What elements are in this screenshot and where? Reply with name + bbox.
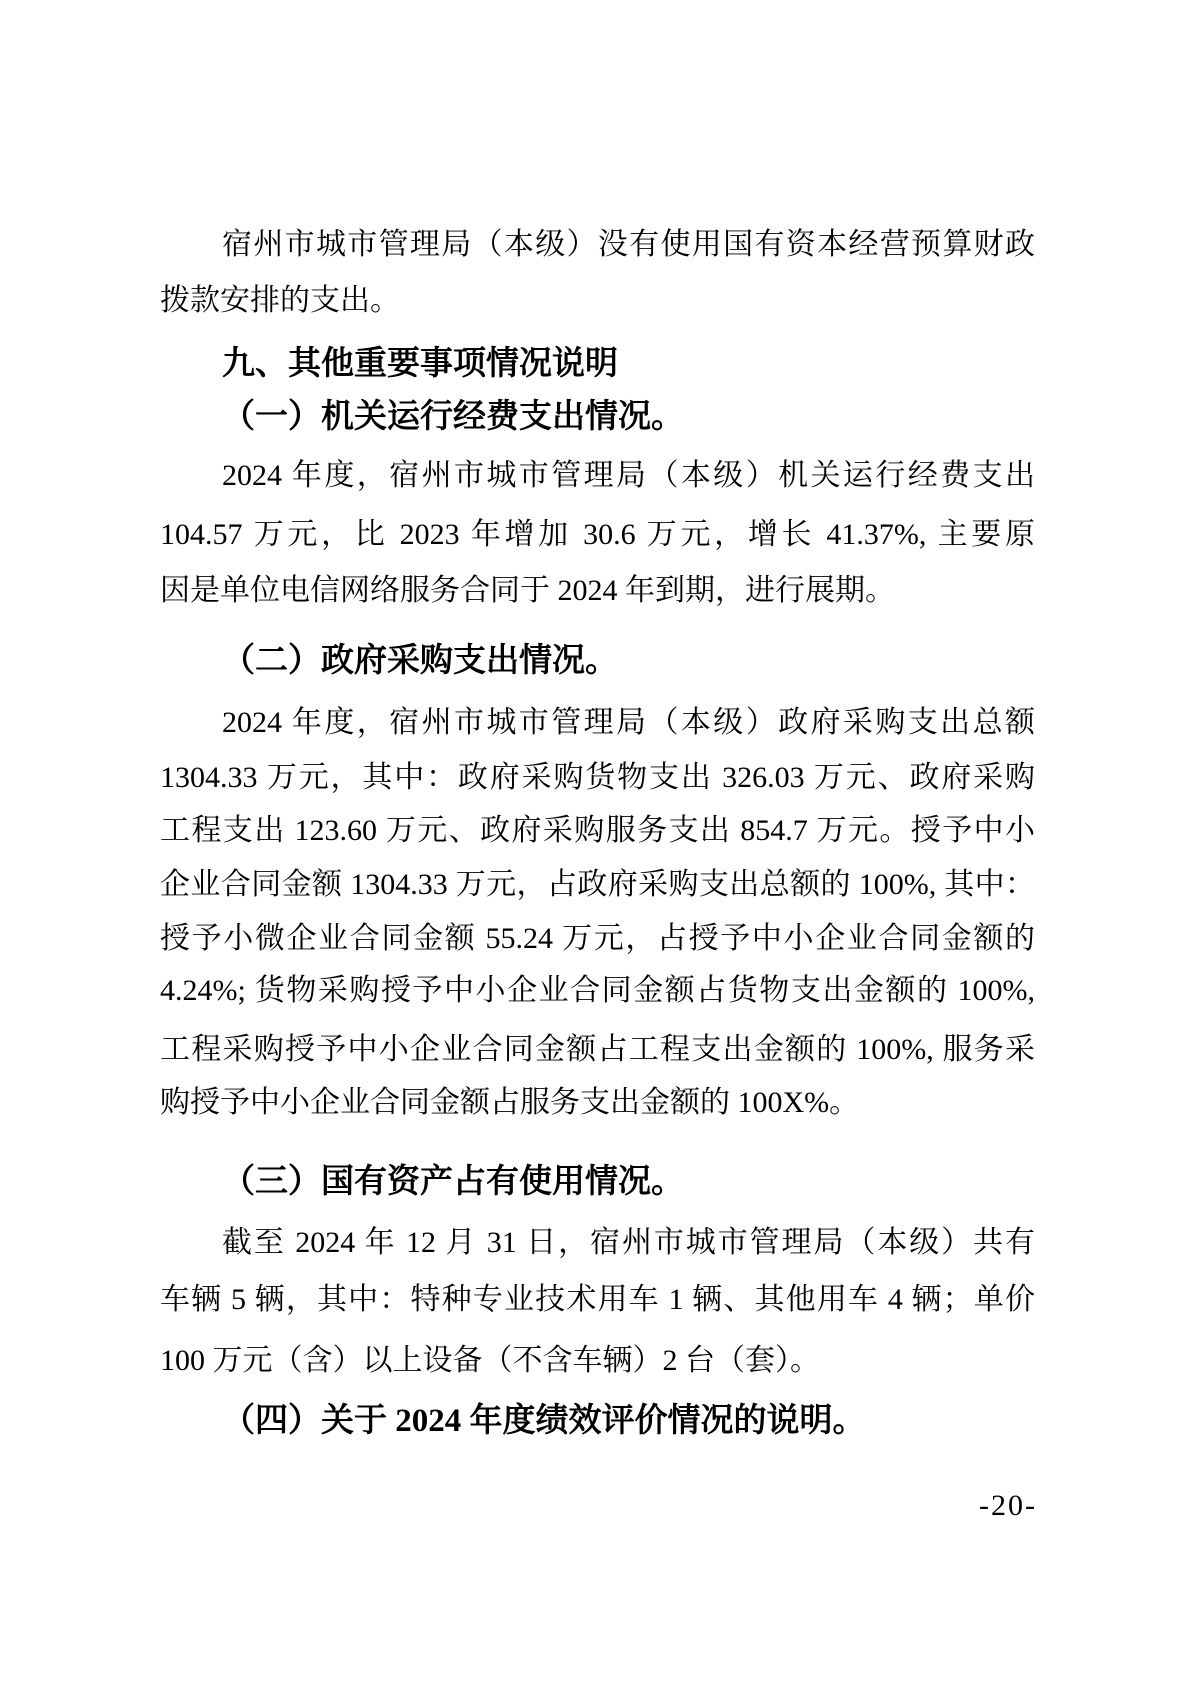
body-line: 100 万元（含）以上设备（不含车辆）2 台（套）。 [160,1344,1035,1379]
body-line: 2024 年度，宿州市城市管理局（本级）政府采购支出总额 [160,706,1035,741]
body-line: 购授予中小企业合同金额占服务支出金额的 100X%。 [160,1086,1035,1121]
body-line: 企业合同金额 1304.33 万元，占政府采购支出总额的 100%, 其中： [160,868,1035,903]
body-line: 授予小微企业合同金额 55.24 万元，占授予中小企业合同金额的 [160,922,1035,957]
body-line: 工程采购授予中小企业合同金额占工程支出金额的 100%, 服务采 [160,1033,1035,1068]
body-line: 工程支出 123.60 万元、政府采购服务支出 854.7 万元。授予中小 [160,814,1035,849]
body-line: 截至 2024 年 12 月 31 日，宿州市城市管理局（本级）共有 [160,1226,1035,1261]
body-line: 1304.33 万元，其中：政府采购货物支出 326.03 万元、政府采购 [160,761,1035,796]
body-line: 宿州市城市管理局（本级）没有使用国有资本经营预算财政 [160,228,1035,263]
body-line: 104.57 万元，比 2023 年增加 30.6 万元，增长 41.37%, … [160,518,1035,553]
body-line: 车辆 5 辆，其中：特种专业技术用车 1 辆、其他用车 4 辆；单价 [160,1283,1035,1318]
heading-section-9-4: （四）关于 2024 年度绩效评价情况的说明。 [160,1403,1035,1441]
heading-section-9: 九、其他重要事项情况说明 [160,344,1035,382]
body-line: 2024 年度，宿州市城市管理局（本级）机关运行经费支出 [160,459,1035,494]
page-number: -20- [979,1491,1037,1521]
body-line: 4.24%; 货物采购授予中小企业合同金额占货物支出金额的 100%, [160,974,1035,1009]
body-line: 因是单位电信网络服务合同于 2024 年到期，进行展期。 [160,574,1035,609]
document-page: 宿州市城市管理局（本级）没有使用国有资本经营预算财政 拨款安排的支出。 九、其他… [0,0,1190,1683]
heading-section-9-2: （二）政府采购支出情况。 [160,643,1035,681]
heading-section-9-1: （一）机关运行经费支出情况。 [160,399,1035,437]
heading-section-9-3: （三）国有资产占有使用情况。 [160,1164,1035,1202]
body-line: 拨款安排的支出。 [160,284,1035,319]
